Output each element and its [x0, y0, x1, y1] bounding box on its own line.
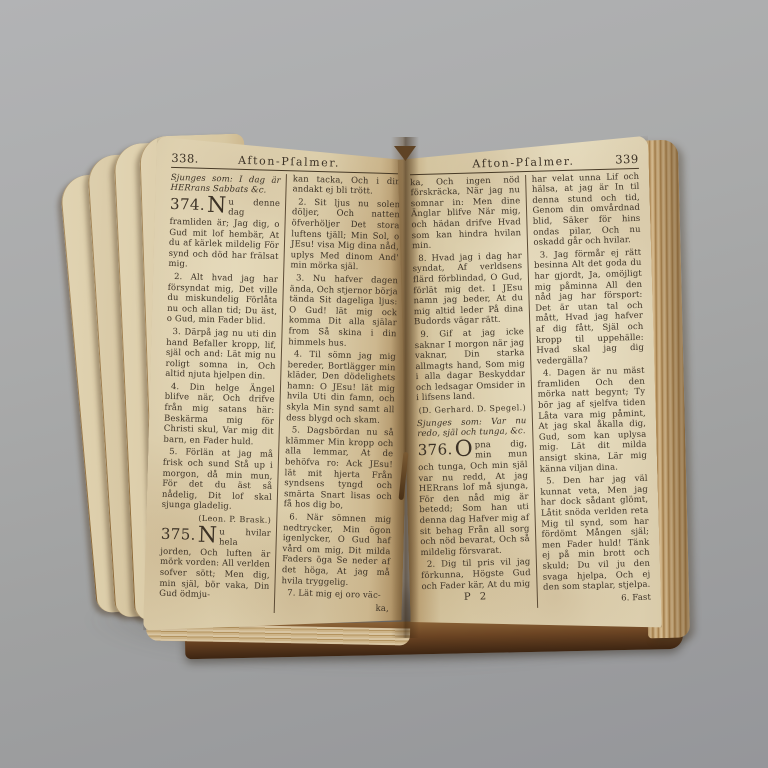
catchword: 6. Fast [543, 592, 651, 606]
verse-text: har velat unna Lif och hälsa, at jag är … [532, 171, 642, 248]
header-title: Afton-Pſalmer. [199, 155, 380, 171]
verse-text: 2. Alt hvad jag har försyndat mig, Det v… [167, 272, 278, 328]
drop-initial: N [207, 197, 227, 215]
verse-text: 3. Nu hafver dagen ända, Och stjernor bö… [288, 273, 398, 350]
verse-text: 4. Dagen är nu mäst framliden Och den mö… [537, 366, 647, 475]
verse-text: 6. När sömnen mig nedtrycker, Min ögon i… [281, 512, 391, 589]
text-column: har velat unna Lif och hälsa, at jag är … [525, 171, 652, 608]
catchword: ka, [281, 601, 389, 615]
column-layout: ka, Och ingen nöd förskräcka, När jag nu… [410, 171, 651, 611]
right-page: Afton-Pſalmer. 339 ka, Och ingen nöd för… [397, 136, 662, 640]
verse-text: 2. Dig til pris vil jag förkunna, Högste… [421, 557, 531, 592]
verse-text: kan tacka, Och i din andakt ej bli trött… [292, 174, 401, 198]
page-number: 339 [615, 154, 639, 165]
hymn-374: 374.Nu denne dag framliden är; Jag dig, … [168, 196, 280, 273]
verse-text: 5. Den har jag väl kunnat veta, Men jag … [540, 474, 651, 593]
verse-text: 8. Hvad jag i dag har syndat, Af verldse… [412, 251, 524, 328]
right-page-content: Afton-Pſalmer. 339 ka, Och ingen nöd för… [410, 154, 652, 631]
hymn-375: 375.Nu hvilar hela jorden, Och luften är… [159, 525, 271, 602]
verse-text: 5. Dagsbördan nu så klämmer Min kropp oc… [284, 425, 394, 513]
verse-text: 4. Til sömn jag mig bereder, Bortlägger … [286, 349, 396, 426]
left-page-content: 338. Afton-Pſalmer. Sjunges som: I dag ä… [158, 153, 401, 629]
text-column: ka, Och ingen nöd förskräcka, När jag nu… [410, 175, 537, 612]
verse-text: 2. Sit ljus nu solen döljer, Och natten … [290, 197, 400, 274]
gutter [391, 137, 419, 638]
attribution: (D. Gerhard. D. Spegel.) [416, 403, 526, 417]
verse-text: 5. Förlän at jag må frisk och sund Stå u… [161, 447, 273, 514]
tune-rubric: Sjunges som: Var nu redo, själ och tunga… [417, 416, 527, 440]
book-photo: 338. Afton-Pſalmer. Sjunges som: I dag ä… [0, 0, 768, 768]
verse-text: ka, Och ingen nöd förskräcka, När jag nu… [410, 175, 522, 252]
header-title: Afton-Pſalmer. [432, 156, 616, 172]
verse-text: 7. Lät mig ej oro väc- [281, 588, 389, 602]
hymn-number: 374. [170, 197, 205, 213]
hymn-number: 376. [418, 442, 453, 458]
verse-text: 3. Jag förmår ej rätt besinna Alt det go… [534, 248, 645, 367]
verse-text: 3. Därpå jag nu uti din hand Befaller kr… [165, 327, 276, 383]
verse-text: 4. Din helge Ängel blifve när, Och drifv… [163, 382, 275, 449]
page-number: 338. [171, 153, 199, 164]
left-page: 338. Afton-Pſalmer. Sjunges som: I dag ä… [143, 136, 415, 637]
tune-rubric: Sjunges som: I dag är HERrans Sabbats &c… [170, 172, 281, 196]
drop-initial: N [198, 526, 218, 544]
hymn-number: 375. [161, 526, 196, 542]
drop-initial: O [454, 440, 473, 457]
column-layout: Sjunges som: I dag är HERrans Sabbats &c… [159, 170, 401, 616]
text-column: kan tacka, Och i din andakt ej bli trött… [274, 174, 401, 617]
verse-text: 9. Gif at jag icke saknar I morgon när j… [414, 327, 526, 404]
signature-mark: P 2 [422, 591, 532, 605]
text-column: Sjunges som: I dag är HERrans Sabbats &c… [159, 170, 286, 613]
hymn-376: 376.Opna dig, min mun och tunga, Och min… [417, 439, 530, 559]
